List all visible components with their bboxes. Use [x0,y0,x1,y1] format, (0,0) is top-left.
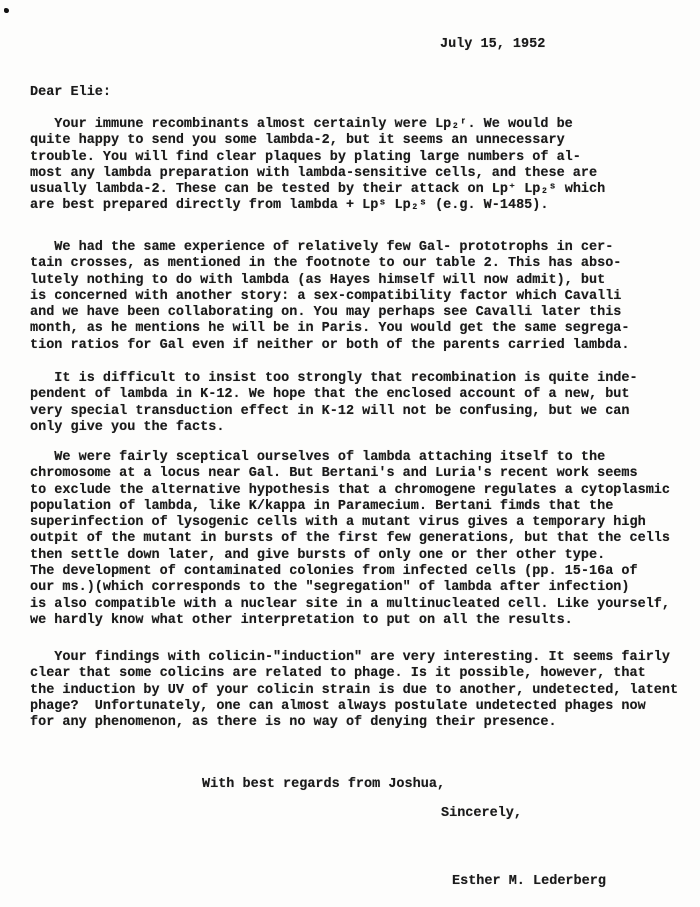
salutation: Dear Elie: [30,85,111,101]
paragraph-2: We had the same experience of relatively… [30,240,630,354]
scan-artifact [4,8,9,13]
letter-page: July 15, 1952 Dear Elie: Your immune rec… [0,0,700,907]
paragraph-5: Your findings with colicin-"induction" a… [30,650,678,731]
signature-name: Esther M. Lederberg [452,874,606,890]
paragraph-4: We were fairly sceptical ourselves of la… [30,450,670,629]
paragraph-3: It is difficult to insist too strongly t… [30,371,638,436]
closing-regards: With best regards from Joshua, [202,777,445,793]
letter-date: July 15, 1952 [440,37,545,53]
closing-sincerely: Sincerely, [441,806,522,822]
paragraph-1: Your immune recombinants almost certainl… [30,117,605,215]
